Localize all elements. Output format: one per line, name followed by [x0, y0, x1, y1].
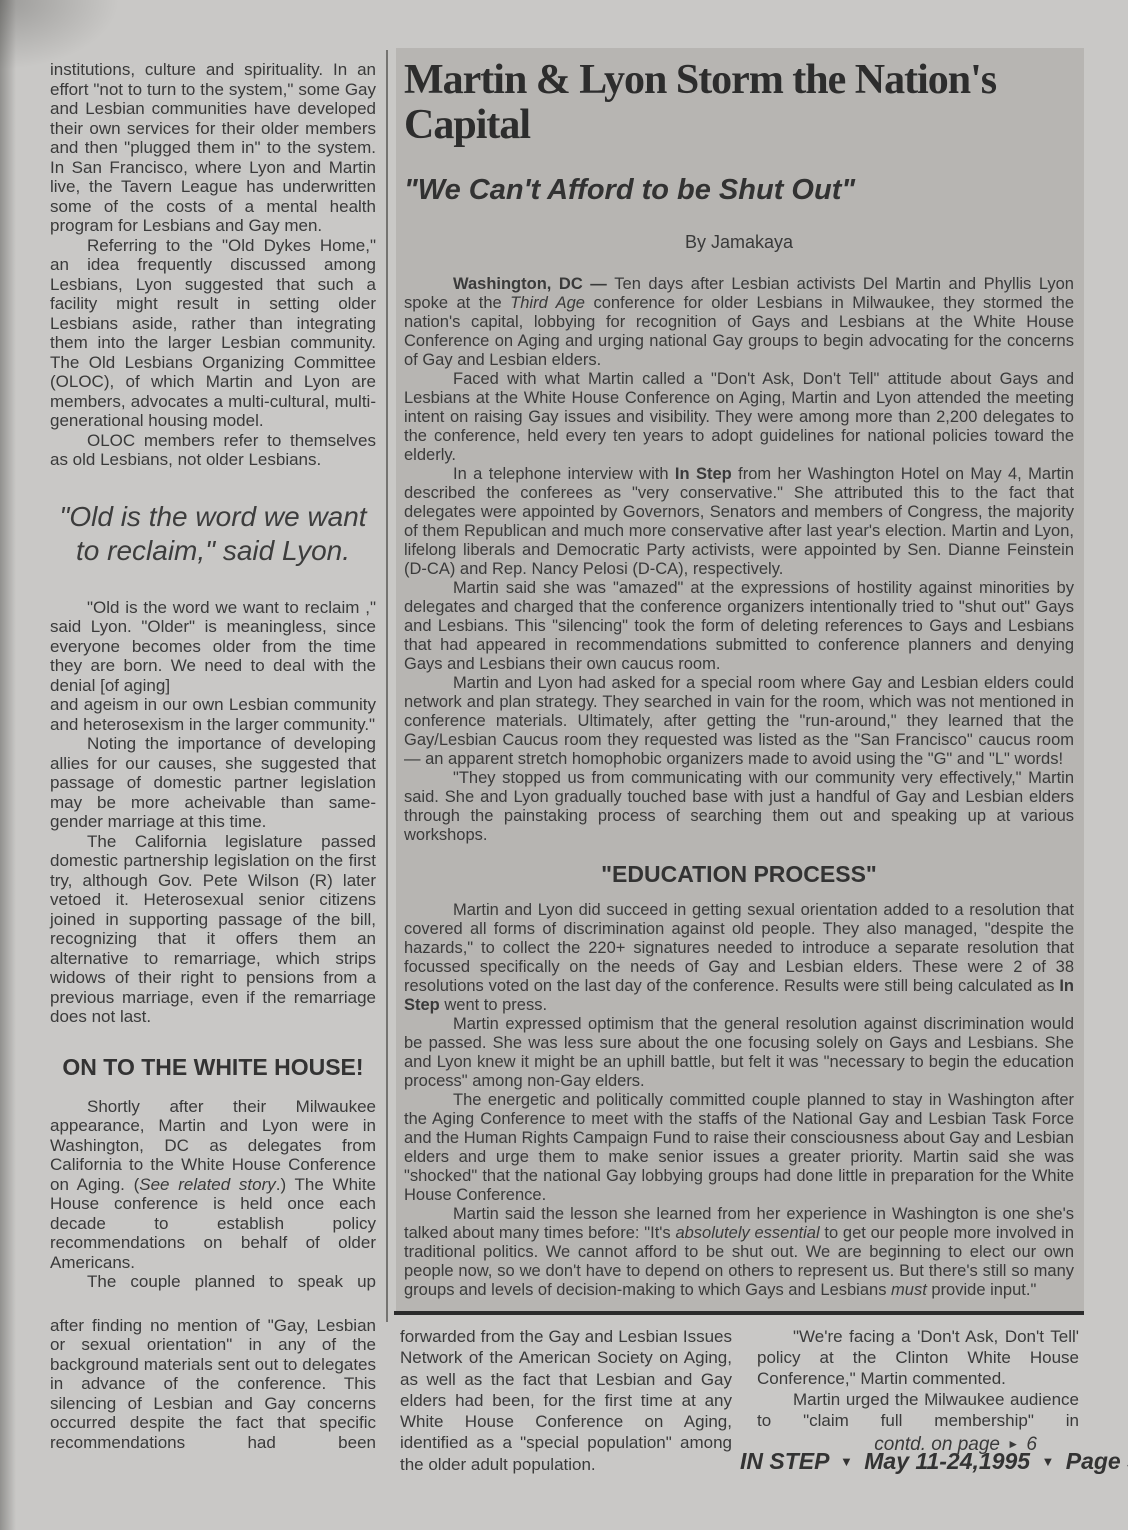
publication-title: IN STEP — [740, 1448, 829, 1474]
paragraph: The couple planned to speak up — [50, 1272, 376, 1292]
body-paragraph: Martin said she was "amazed" at the expr… — [404, 579, 1074, 674]
headline: Martin & Lyon Storm the Nation's Capital — [404, 58, 1074, 148]
body-paragraph: Washington, DC — Ten days after Lesbian … — [404, 275, 1074, 370]
paragraph: "Old is the word we want to reclaim ," s… — [50, 598, 376, 696]
issue-date: May 11-24,1995 — [864, 1448, 1030, 1474]
body-paragraph: Faced with what Martin called a "Don't A… — [404, 370, 1074, 465]
article-body: Washington, DC — Ten days after Lesbian … — [404, 275, 1074, 1300]
paragraph: forwarded from the Gay and Lesbian Issue… — [400, 1326, 732, 1475]
scan-edge-shadow — [0, 0, 16, 1530]
page-footer: IN STEP ▼ May 11-24,1995 ▼ Page 5 — [740, 1448, 1082, 1475]
triangle-separator-icon: ▼ — [1036, 1454, 1059, 1469]
vertical-column-divider — [386, 50, 388, 1322]
bottom-right-column: "We're facing a 'Don't Ask, Don't Tell' … — [757, 1326, 1079, 1455]
paragraph: OLOC members refer to themselves as old … — [50, 431, 376, 470]
triangle-separator-icon: ▼ — [835, 1454, 858, 1469]
body-paragraph: Martin expressed optimism that the gener… — [404, 1015, 1074, 1091]
body-paragraph: In a telephone interview with In Step fr… — [404, 465, 1074, 579]
left-column: institutions, culture and spirituality. … — [50, 60, 376, 1452]
paragraph: "We're facing a 'Don't Ask, Don't Tell' … — [757, 1326, 1079, 1389]
pull-quote: "Old is the word we want to reclaim," sa… — [52, 500, 374, 568]
body-paragraph: Martin said the lesson she learned from … — [404, 1205, 1074, 1300]
body-paragraph: Martin and Lyon had asked for a special … — [404, 674, 1074, 769]
section-heading-white-house: ON TO THE WHITE HOUSE! — [50, 1053, 376, 1081]
newspaper-page: { "colors": { "paper": "#c9c8c6", "artic… — [0, 0, 1128, 1530]
paragraph: institutions, culture and spirituality. … — [50, 60, 376, 236]
section-heading-education: "EDUCATION PROCESS" — [404, 861, 1074, 888]
body-paragraph: The energetic and politically committed … — [404, 1091, 1074, 1205]
paragraph: Shortly after their Milwaukee appearance… — [50, 1097, 376, 1273]
byline: By Jamakaya — [404, 232, 1074, 253]
paragraph: Martin urged the Milwaukee audience to "… — [757, 1389, 1079, 1431]
paragraph: The California legislature passed domest… — [50, 832, 376, 1027]
main-article-box: Martin & Lyon Storm the Nation's Capital… — [396, 48, 1084, 1312]
paragraph: Noting the importance of developing alli… — [50, 734, 376, 832]
paragraph: Referring to the "Old Dykes Home," an id… — [50, 236, 376, 431]
body-paragraph: Martin and Lyon did succeed in getting s… — [404, 901, 1074, 1015]
body-paragraph: "They stopped us from communicating with… — [404, 769, 1074, 845]
paragraph: and ageism in our own Lesbian community … — [50, 695, 376, 734]
paragraph: after finding no mention of "Gay, Lesbia… — [50, 1316, 376, 1453]
subtitle: "We Can't Afford to be Shut Out" — [404, 174, 1074, 206]
bottom-left-column: forwarded from the Gay and Lesbian Issue… — [400, 1326, 732, 1475]
page-number: Page 5 — [1066, 1448, 1128, 1474]
horizontal-divider — [394, 1311, 1084, 1315]
